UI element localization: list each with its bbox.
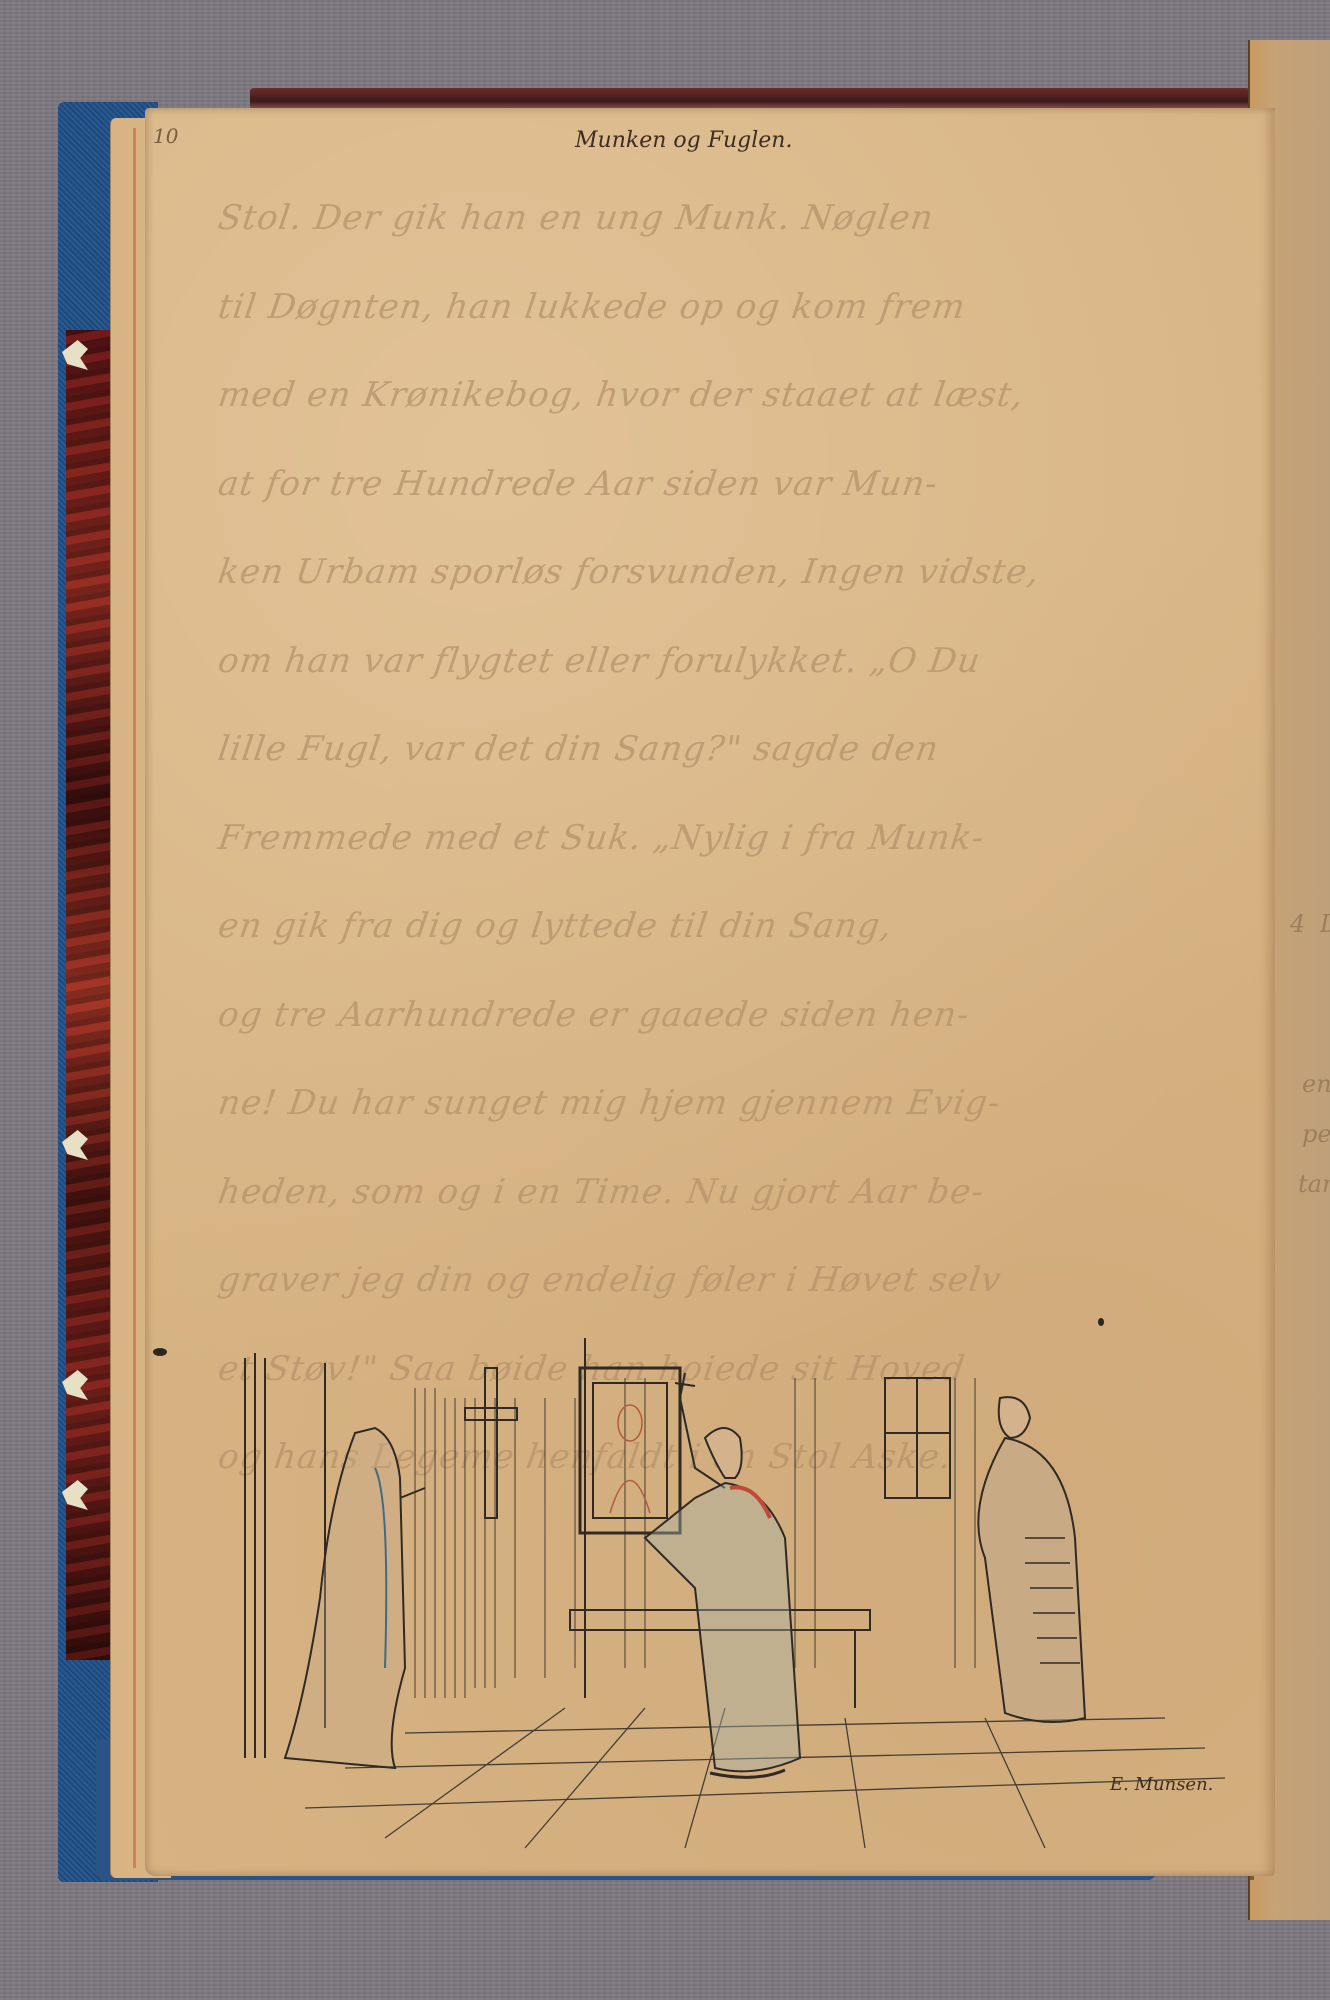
top-binding-edge xyxy=(250,88,1250,110)
margin-text: tam xyxy=(1298,1170,1330,1198)
margin-text: en xyxy=(1302,1070,1330,1098)
text-line: heden, som og i en Time. Nu gjort Aar be… xyxy=(209,1172,1231,1261)
manuscript-page: 10 Munken og Fuglen. Stol. Der gik han e… xyxy=(145,108,1275,1876)
margin-text: D xyxy=(1320,910,1330,938)
margin-text: 4 xyxy=(1290,910,1305,938)
text-line: ken Urbam sporløs forsvunden, Ingen vids… xyxy=(209,552,1231,641)
monk-illustration xyxy=(225,1338,1245,1858)
text-line: at for tre Hundrede Aar siden var Mun- xyxy=(209,464,1231,553)
text-line: og tre Aarhundrede er gaaede siden hen- xyxy=(209,995,1231,1084)
red-page-edge xyxy=(133,128,136,1868)
text-line: til Døgnten, han lukkede op og kom frem xyxy=(209,287,1231,376)
text-line: en gik fra dig og lyttede til din Sang, xyxy=(209,906,1231,995)
text-line: graver jeg din og endelig føler i Høvet … xyxy=(209,1260,1231,1349)
text-line: om han var flygtet eller forulykket. „O … xyxy=(209,641,1231,730)
ink-blot xyxy=(153,1348,167,1356)
ink-blot xyxy=(1098,1318,1104,1326)
handwritten-text: Stol. Der gik han en ung Munk. Nøglen ti… xyxy=(215,198,1225,1526)
text-line: ne! Du har sunget mig hjem gjennem Evig- xyxy=(209,1083,1231,1172)
text-line: lille Fugl, var det din Sang?" sagde den xyxy=(209,729,1231,818)
artist-signature: E. Munsen. xyxy=(1110,1774,1213,1795)
page-title: Munken og Fuglen. xyxy=(575,128,792,153)
page-number: 10 xyxy=(153,124,178,148)
text-line: med en Krønikebog, hvor der staaet at læ… xyxy=(209,375,1231,464)
margin-text: pe xyxy=(1302,1120,1330,1148)
text-line: Fremmede med et Suk. „Nylig i fra Munk- xyxy=(209,818,1231,907)
text-line: Stol. Der gik han en ung Munk. Nøglen xyxy=(209,198,1231,287)
